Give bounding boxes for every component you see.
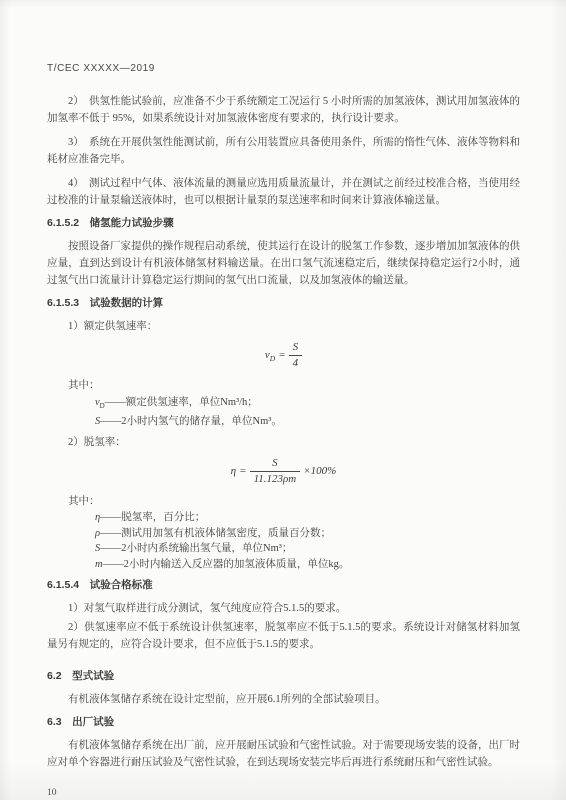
list-item-pass-1: 1）对氢气取样进行成分测试，氢气纯度应符合5.1.5的要求。 xyxy=(47,600,520,617)
formula-lhs: vD xyxy=(265,349,275,361)
formula-equals: = xyxy=(236,465,249,477)
fraction-numerator: S xyxy=(250,457,301,471)
formula-dehydrogenation-rate: η=S11.123ρm×100% xyxy=(47,457,520,486)
document-code-header: T/CEC XXXXX—2019 xyxy=(47,60,520,77)
definition-text: 2小时内系统输出氢气量，单位Nm³； xyxy=(121,543,292,554)
variable-definition-vd: vD——额定供氢速率，单位Nm³/h； xyxy=(47,395,520,415)
section-heading-6-2: 6.2 型式试验 xyxy=(47,669,520,683)
fraction-denominator: 11.123ρm xyxy=(250,471,301,486)
list-item-3: 3） 系统在开展供氢性能测试前，所有公用装置应具备使用条件，所需的惰性气体、液体… xyxy=(47,134,520,168)
formula-fraction: S11.123ρm xyxy=(250,457,301,486)
formula-rated-hydrogen-rate: vD=S4 xyxy=(47,341,520,370)
fraction-numerator: S xyxy=(289,341,303,355)
definition-symbol: m xyxy=(95,559,103,570)
where-label-1: 其中： xyxy=(47,378,520,394)
definition-dash: —— xyxy=(100,416,121,427)
definition-text: 2小时内氢气的储存量，单位Nm³。 xyxy=(121,416,282,427)
scanned-standard-page: T/CEC XXXXX—2019 2） 供氢性能试验前，应准备不少于系统额定工况… xyxy=(0,0,566,800)
definition-text: 额定供氢速率，单位Nm³/h； xyxy=(126,397,258,408)
list-item-2: 2） 供氢性能试验前，应准备不少于系统额定工况运行 5 小时所需的加氢液体，测试… xyxy=(47,93,520,127)
section-heading-6-1-5-4: 6.1.5.4 试验合格标准 xyxy=(47,578,520,592)
formula-fraction: S4 xyxy=(289,341,303,370)
variable-definition-s2: S——2小时内系统输出氢气量，单位Nm³； xyxy=(47,541,520,557)
paragraph-6-3: 有机液体氢储存系统在出厂前，应开展耐压试验和气密性试验。对于需要现场安装的设备，… xyxy=(47,737,520,771)
section-heading-6-1-5-2: 6.1.5.2 储氢能力试验步骤 xyxy=(47,216,520,230)
definition-dash: —— xyxy=(100,543,121,554)
variable-definition-eta: η——脱氢率，百分比； xyxy=(47,510,520,526)
variable-definition-s: S——2小时内氢气的储存量，单位Nm³。 xyxy=(47,414,520,434)
variable-definition-m: m——2小时内输送入反应器的加氢液体质量，单位kg。 xyxy=(47,557,520,573)
list-item-4: 4） 测试过程中气体、液体流量的测量应选用质量流量计，并在测试之前经过校准合格，… xyxy=(47,175,520,209)
variable-definition-rho: ρ——测试用加氢有机液体储氢密度，质量百分数； xyxy=(47,526,520,542)
list-item-dehydrogenation-rate: 2）脱氢率： xyxy=(47,434,520,451)
definition-text: 测试用加氢有机液体储氢密度，质量百分数； xyxy=(121,528,331,539)
definition-dash: —— xyxy=(100,528,121,539)
definition-text: 脱氢率，百分比； xyxy=(121,512,205,523)
section-heading-6-1-5-3: 6.1.5.3 试验数据的计算 xyxy=(47,296,520,310)
list-item-rated-rate: 1）额定供氢速率： xyxy=(47,318,520,335)
section-heading-6-3: 6.3 出厂试验 xyxy=(47,715,520,729)
formula-suffix: ×100% xyxy=(300,465,336,477)
definition-dash: —— xyxy=(105,397,126,408)
paragraph-6-2: 有机液体氢储存系统在设计定型前，应开展6.1所列的全部试验项目。 xyxy=(47,691,520,708)
definition-dash: —— xyxy=(100,512,121,523)
definition-text: 2小时内输送入反应器的加氢液体质量，单位kg。 xyxy=(124,559,350,570)
definition-dash: —— xyxy=(103,559,124,570)
page-number: 10 xyxy=(47,785,520,800)
formula-equals: = xyxy=(275,349,288,361)
list-item-pass-2: 2）供氢速率应不低于系统设计供氢速率，脱氢率应不低于5.1.5的要求。系统设计对… xyxy=(47,619,520,653)
fraction-denominator: 4 xyxy=(289,355,303,370)
where-label-2: 其中： xyxy=(47,494,520,510)
paragraph-6-1-5-2: 按照设备厂家提供的操作规程启动系统，使其运行在设计的脱氢工作参数，逐步增加加氢液… xyxy=(47,238,520,289)
